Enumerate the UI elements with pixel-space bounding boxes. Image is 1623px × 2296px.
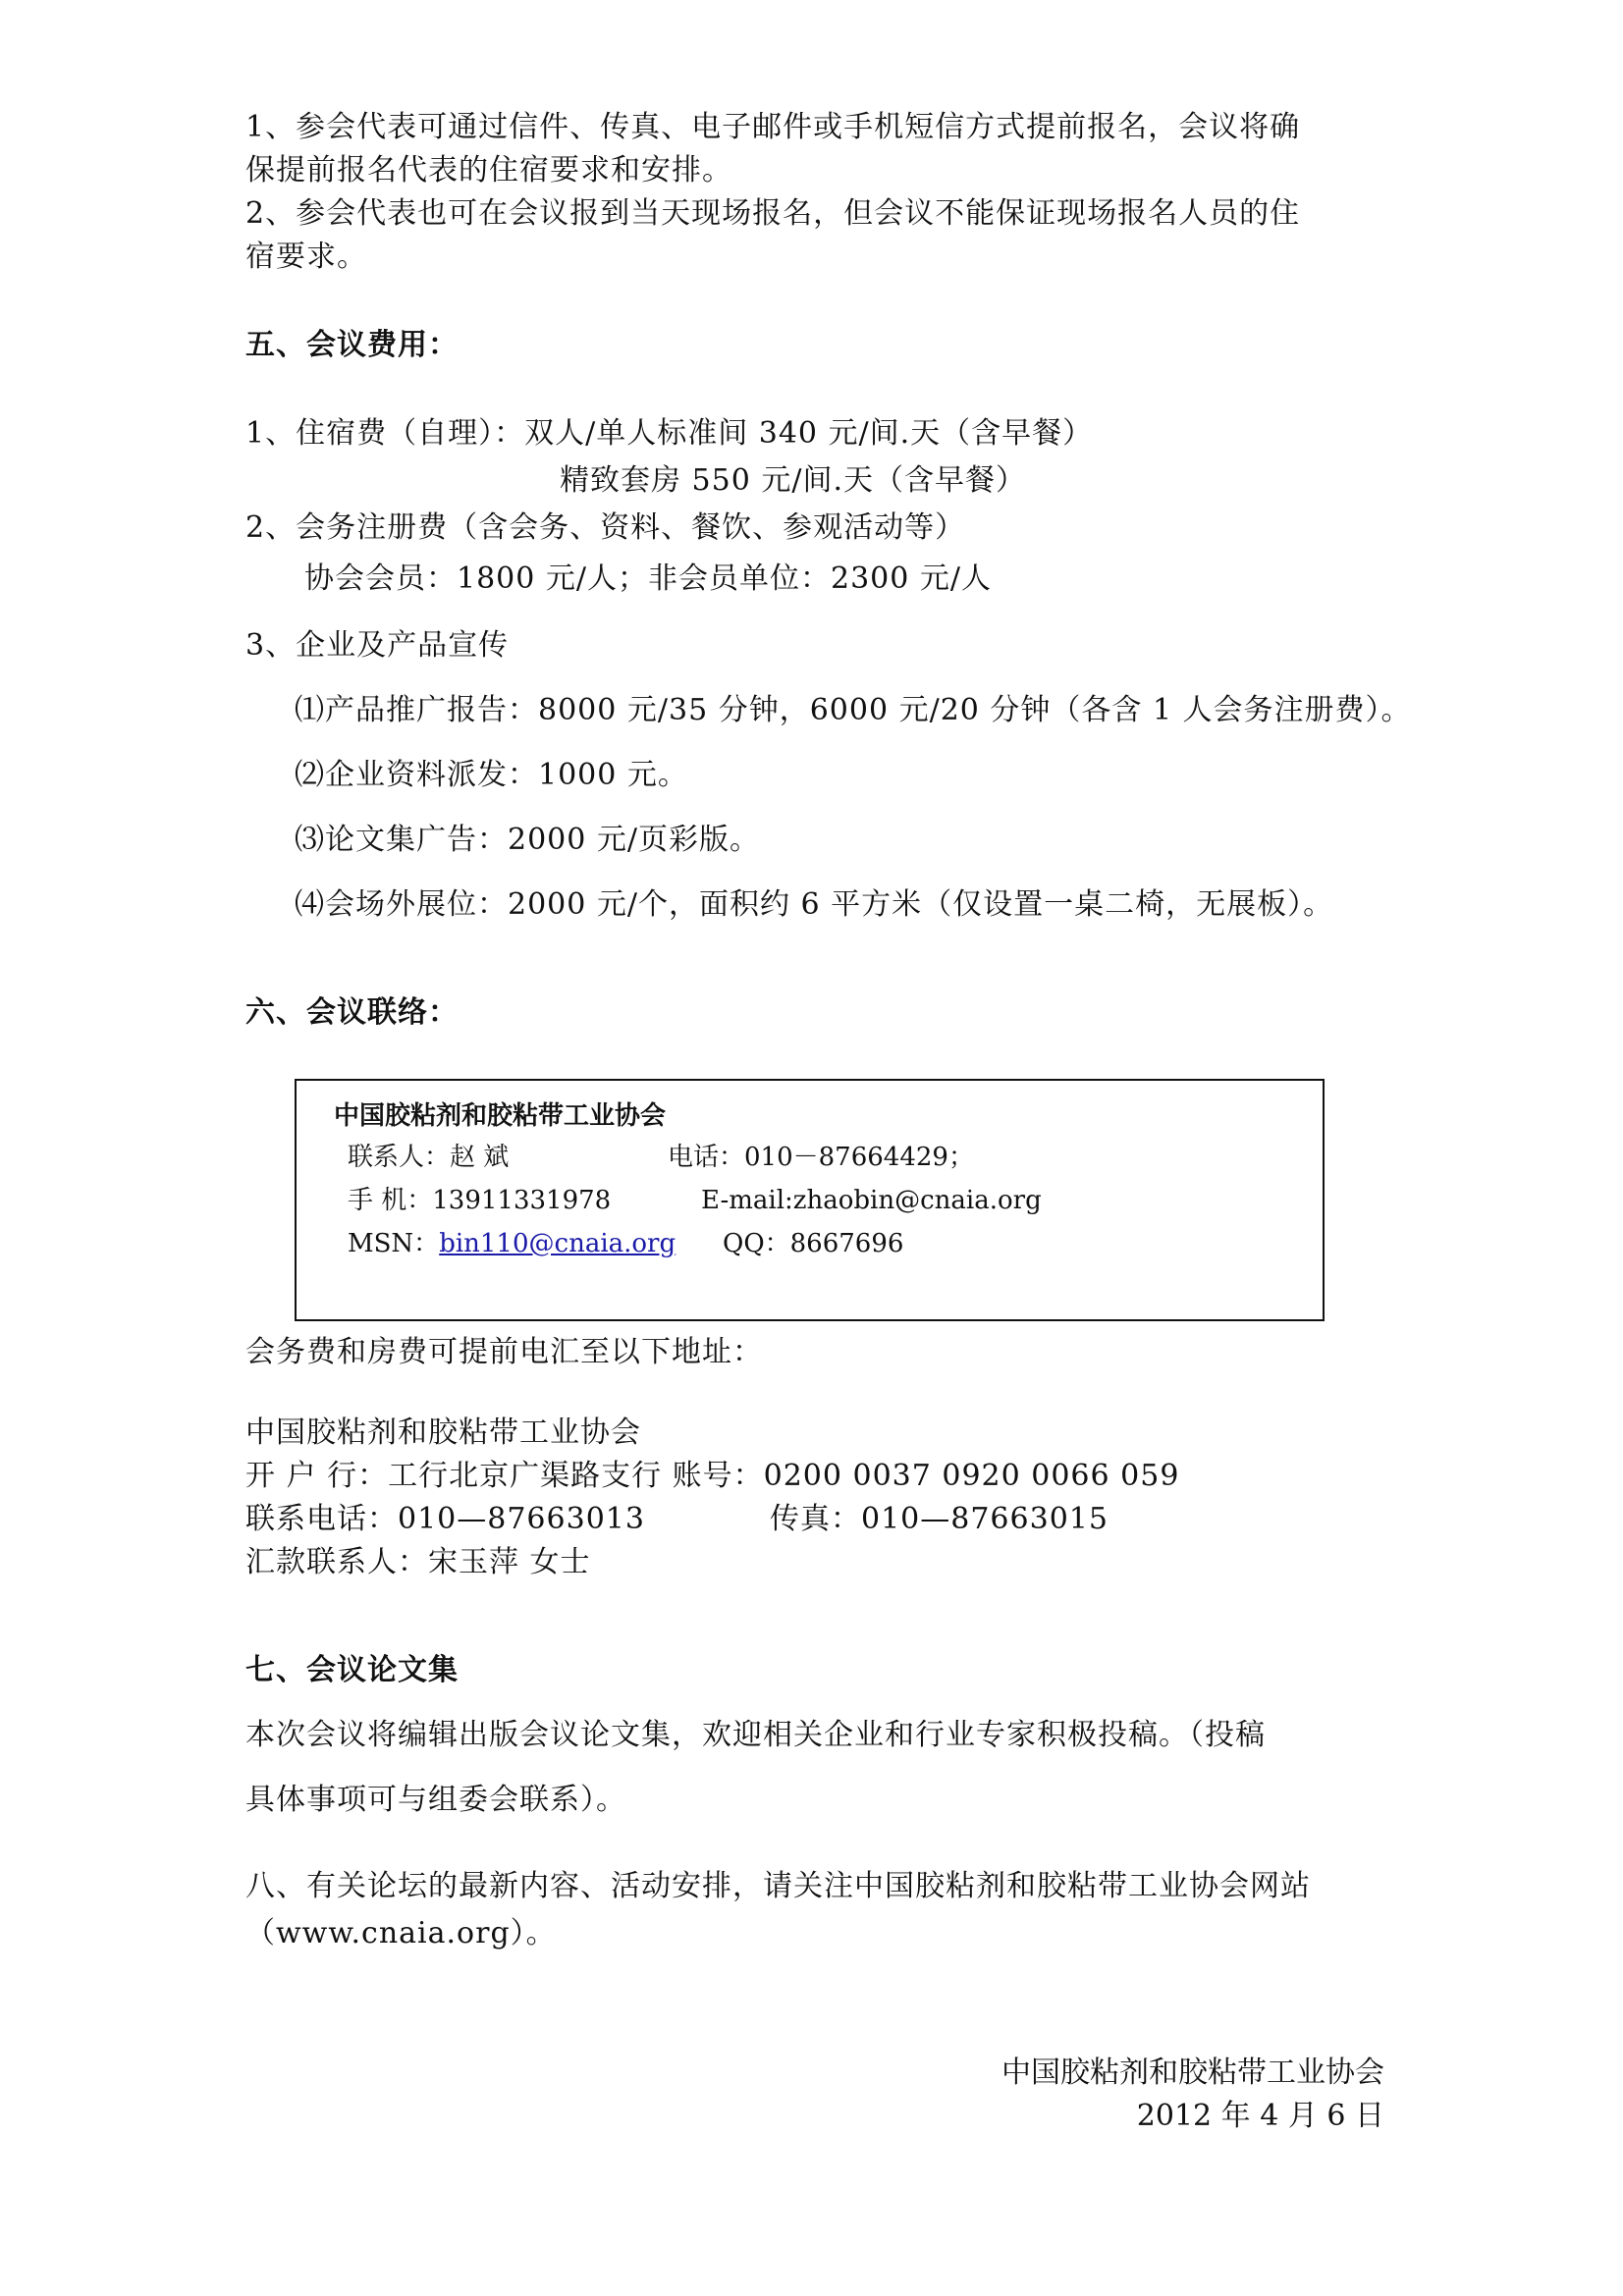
remittance-bank: 开 户 行：工行北京广渠路支行 账号：0200 0037 0920 0066 0… bbox=[245, 1459, 1179, 1494]
contact-box: 中国胶粘剂和胶粘带工业协会 联系人：赵 斌 电话：010－87664429； 手… bbox=[295, 1079, 1325, 1321]
proceedings-line1: 本次会议将编辑出版会议论文集，欢迎相关企业和行业专家积极投稿。（投稿 bbox=[245, 1718, 1266, 1753]
contact-mobile: 手 机：13911331978 bbox=[348, 1185, 611, 1216]
registration-item1-line2: 保提前报名代表的住宿要求和安排。 bbox=[245, 153, 732, 188]
section-fees-heading: 五、会议费用： bbox=[245, 328, 459, 363]
signature-date: 2012 年 4 月 6 日 bbox=[1137, 2099, 1384, 2134]
proceedings-line2: 具体事项可与组委会联系）。 bbox=[245, 1783, 626, 1818]
website-line1: 八、有关论坛的最新内容、活动安排，请关注中国胶粘剂和胶粘带工业协会网站 bbox=[245, 1869, 1311, 1904]
remittance-phone: 联系电话：010—87663013 bbox=[245, 1502, 645, 1537]
signature-org: 中国胶粘剂和胶粘带工业协会 bbox=[1001, 2056, 1384, 2091]
remittance-contact: 汇款联系人：宋玉萍 女士 bbox=[245, 1545, 591, 1580]
contact-email: E-mail:zhaobin@cnaia.org bbox=[701, 1185, 1042, 1216]
section-contact-heading: 六、会议联络： bbox=[245, 995, 459, 1031]
contact-msn-link[interactable]: bin110@cnaia.org bbox=[439, 1229, 676, 1258]
website-line2: （www.cnaia.org）。 bbox=[245, 1916, 557, 1951]
fees-promotion-item-4: ⑷会场外展位：2000 元/个，面积约 6 平方米（仅设置一桌二椅，无展板）。 bbox=[295, 887, 1333, 923]
fees-lodging-line2: 精致套房 550 元/间.天（含早餐） bbox=[560, 463, 1026, 499]
fees-promotion-item-2: ⑵企业资料派发：1000 元。 bbox=[295, 758, 688, 793]
fees-lodging-line1: 1、住宿费（自理）：双人/单人标准间 340 元/间.天（含早餐） bbox=[245, 416, 1093, 452]
contact-phone: 电话：010－87664429； bbox=[668, 1142, 974, 1173]
remittance-org: 中国胶粘剂和胶粘带工业协会 bbox=[245, 1415, 641, 1451]
remittance-intro: 会务费和房费可提前电汇至以下地址： bbox=[245, 1335, 763, 1370]
section-proceedings-heading: 七、会议论文集 bbox=[245, 1653, 459, 1688]
registration-item2-line2: 宿要求。 bbox=[245, 240, 367, 275]
fees-registration-line1: 2、会务注册费（含会务、资料、餐饮、参观活动等） bbox=[245, 510, 965, 546]
contact-msn-label: MSN： bbox=[348, 1229, 439, 1258]
fees-registration-line2: 协会会员：1800 元/人；非会员单位：2300 元/人 bbox=[304, 561, 992, 597]
contact-org-name: 中国胶粘剂和胶粘带工业协会 bbox=[334, 1100, 666, 1132]
contact-msn-row: MSN：bin110@cnaia.org bbox=[348, 1228, 676, 1259]
remittance-fax: 传真：010—87663015 bbox=[770, 1502, 1109, 1537]
contact-qq: QQ：8667696 bbox=[723, 1228, 903, 1259]
contact-person: 联系人：赵 斌 bbox=[348, 1142, 509, 1173]
fees-promotion-heading: 3、企业及产品宣传 bbox=[245, 628, 509, 664]
registration-item1-line1: 1、参会代表可通过信件、传真、电子邮件或手机短信方式提前报名，会议将确 bbox=[245, 110, 1300, 145]
fees-promotion-item-3: ⑶论文集广告：2000 元/页彩版。 bbox=[295, 823, 760, 858]
fees-promotion-item-1: ⑴产品推广报告：8000 元/35 分钟，6000 元/20 分钟（各含 1 人… bbox=[295, 693, 1412, 728]
registration-item2-line1: 2、参会代表也可在会议报到当天现场报名，但会议不能保证现场报名人员的住 bbox=[245, 196, 1300, 232]
